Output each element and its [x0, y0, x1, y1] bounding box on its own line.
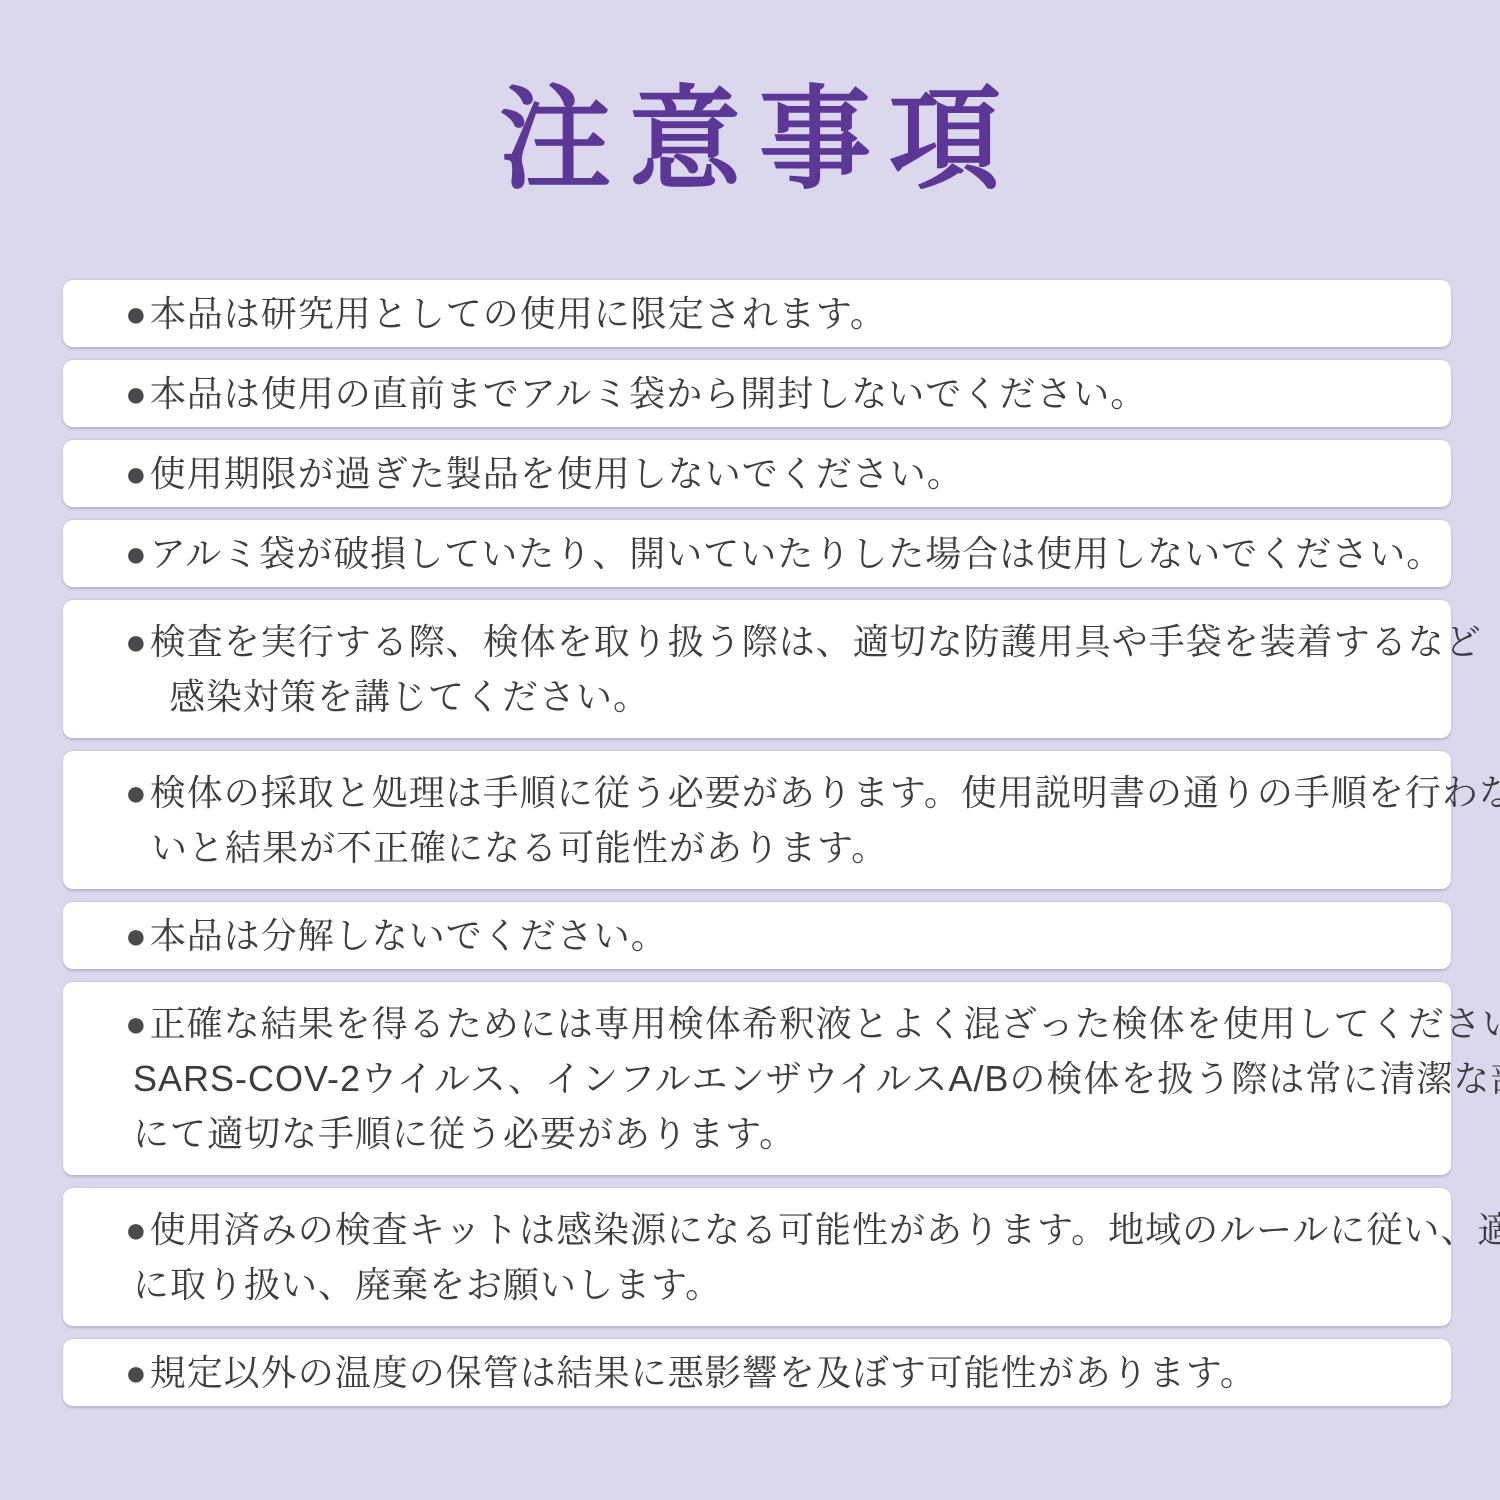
- notice-card: ●本品は分解しないでください。: [63, 902, 1451, 969]
- notice-line: ●本品は分解しないでください。: [125, 908, 1411, 963]
- notice-card: ●検体の採取と処理は手順に従う必要があります。使用説明書の通りの手順を行わないと…: [63, 751, 1451, 889]
- notice-card: ●アルミ袋が破損していたり、開いていたりした場合は使用しないでください。: [63, 520, 1451, 587]
- bullet-icon: ●: [125, 621, 148, 662]
- notice-text: 規定以外の温度の保管は結果に悪影響を及ぼす可能性があります。: [150, 1352, 1257, 1393]
- notice-card: ●使用期限が過ぎた製品を使用しないでください。: [63, 440, 1451, 507]
- bullet-icon: ●: [125, 533, 148, 574]
- notice-text: アルミ袋が破損していたり、開いていたりした場合は使用しないでください。: [150, 533, 1444, 574]
- bullet-icon: ●: [125, 772, 148, 813]
- notice-text: 感染対策を講じてください。: [169, 676, 650, 717]
- notice-line: にて適切な手順に従う必要があります。: [133, 1106, 1411, 1161]
- notice-line: ●使用期限が過ぎた製品を使用しないでください。: [125, 446, 1411, 501]
- notice-line: 感染対策を講じてください。: [169, 669, 1411, 724]
- notice-text: 本品は研究用としての使用に限定されます。: [150, 293, 887, 334]
- bullet-icon: ●: [125, 293, 148, 334]
- notice-card: ●本品は使用の直前までアルミ袋から開封しないでください。: [63, 360, 1451, 427]
- notice-text: にて適切な手順に従う必要があります。: [133, 1113, 796, 1154]
- bullet-icon: ●: [125, 1003, 148, 1044]
- notice-line: ●本品は使用の直前までアルミ袋から開封しないでください。: [125, 366, 1411, 421]
- bullet-icon: ●: [125, 915, 148, 956]
- notice-card: ●規定以外の温度の保管は結果に悪影響を及ぼす可能性があります。: [63, 1339, 1451, 1406]
- notice-text: 本品は分解しないでください。: [150, 915, 668, 956]
- notice-text: いと結果が不正確になる可能性があります。: [151, 827, 888, 868]
- notice-line: に取り扱い、廃棄をお願いします。: [133, 1257, 1411, 1312]
- bullet-icon: ●: [125, 373, 148, 414]
- notice-line: ●規定以外の温度の保管は結果に悪影響を及ぼす可能性があります。: [125, 1345, 1411, 1400]
- page-title: 注意事項: [0, 0, 1500, 211]
- notice-card: ●検査を実行する際、検体を取り扱う際は、適切な防護用具や手袋を装着するなど感染対…: [63, 600, 1451, 738]
- notice-text: 検査を実行する際、検体を取り扱う際は、適切な防護用具や手袋を装着するなど: [150, 621, 1482, 662]
- notice-text: 正確な結果を得るためには専用検体希釈液とよく混ざった検体を使用してください。: [150, 1003, 1500, 1044]
- notice-text: 使用期限が過ぎた製品を使用しないでください。: [150, 453, 964, 494]
- notice-line: ●アルミ袋が破損していたり、開いていたりした場合は使用しないでください。: [125, 526, 1411, 581]
- notice-list: ●本品は研究用としての使用に限定されます。●本品は使用の直前までアルミ袋から開封…: [63, 280, 1451, 1406]
- notice-text: 本品は使用の直前までアルミ袋から開封しないでください。: [150, 373, 1148, 414]
- bullet-icon: ●: [125, 453, 148, 494]
- bullet-icon: ●: [125, 1209, 148, 1250]
- notice-line: ●使用済みの検査キットは感染源になる可能性があります。地域のルールに従い、適切: [125, 1202, 1411, 1257]
- notice-text: 使用済みの検査キットは感染源になる可能性があります。地域のルールに従い、適切: [150, 1209, 1500, 1250]
- notice-card: ●使用済みの検査キットは感染源になる可能性があります。地域のルールに従い、適切に…: [63, 1188, 1451, 1326]
- notice-line: ●本品は研究用としての使用に限定されます。: [125, 286, 1411, 341]
- notice-card: ●正確な結果を得るためには専用検体希釈液とよく混ざった検体を使用してください。S…: [63, 982, 1451, 1175]
- notice-line: SARS-COV-2ウイルス、インフルエンザウイルスA/Bの検体を扱う際は常に清…: [133, 1051, 1411, 1106]
- notice-text: に取り扱い、廃棄をお願いします。: [133, 1264, 722, 1305]
- notice-line: ●正確な結果を得るためには専用検体希釈液とよく混ざった検体を使用してください。: [125, 996, 1411, 1051]
- notice-text: SARS-COV-2ウイルス、インフルエンザウイルスA/Bの検体を扱う際は常に清…: [133, 1058, 1500, 1099]
- notice-line: ●検査を実行する際、検体を取り扱う際は、適切な防護用具や手袋を装着するなど: [125, 614, 1411, 669]
- precautions-page: 注意事項 ●本品は研究用としての使用に限定されます。●本品は使用の直前までアルミ…: [0, 0, 1500, 1500]
- notice-line: ●検体の採取と処理は手順に従う必要があります。使用説明書の通りの手順を行わな: [125, 765, 1411, 820]
- notice-text: 検体の採取と処理は手順に従う必要があります。使用説明書の通りの手順を行わな: [150, 772, 1500, 813]
- bullet-icon: ●: [125, 1352, 148, 1393]
- notice-card: ●本品は研究用としての使用に限定されます。: [63, 280, 1451, 347]
- notice-line: いと結果が不正確になる可能性があります。: [151, 820, 1411, 875]
